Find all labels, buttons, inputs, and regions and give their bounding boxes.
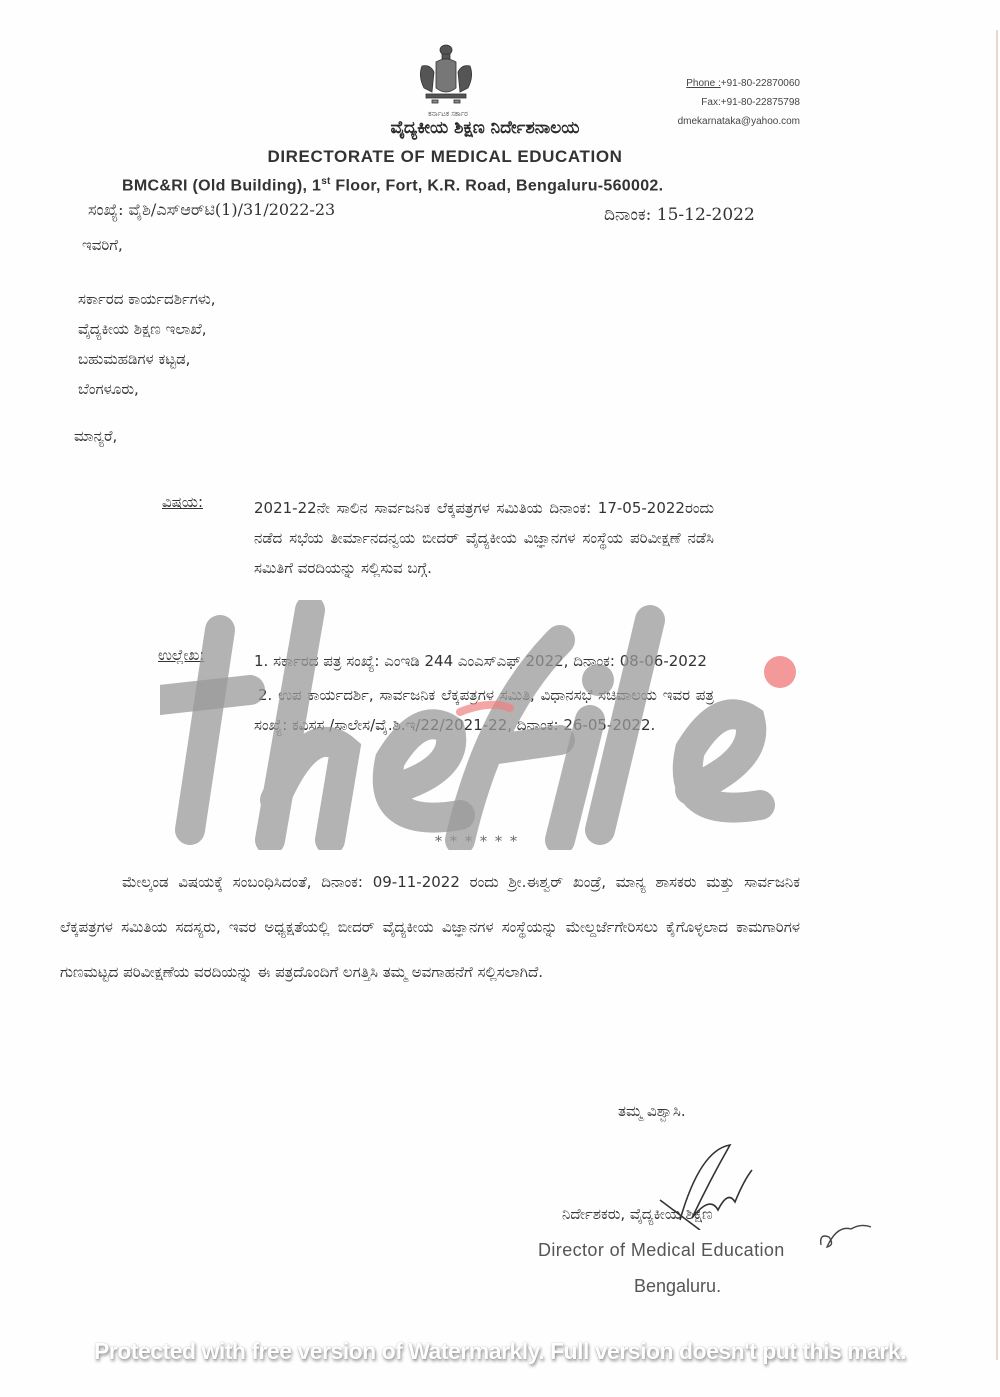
section-separator: ******: [0, 834, 900, 850]
recipient-line: ಬಹುಮಹಡಿಗಳ ಕಟ್ಟಡ,: [78, 344, 216, 374]
initials-icon: [815, 1215, 875, 1255]
subject-label: ವಿಷಯ:: [162, 493, 203, 511]
fax-line: Fax:+91-80-22875798: [640, 93, 800, 112]
subject-text: 2021-22ನೇ ಸಾಲಿನ ಸಾರ್ವಜನಿಕ ಲೆಕ್ಕಪತ್ರಗಳ ಸಮ…: [254, 493, 714, 583]
reference-label: ಉಲ್ಲೇಖ:: [158, 646, 204, 664]
recipient-address: ಸರ್ಕಾರದ ಕಾರ್ಯದರ್ಶಿಗಳು, ವೈದ್ಯಕೀಯ ಶಿಕ್ಷಣ ಇ…: [78, 284, 216, 404]
letter-page: ಕರ್ನಾಟಕ ಸರ್ಕಾರ ವೈದ್ಯಕೀಯ ಶಿಕ್ಷಣ ನಿರ್ದೇಶನಾ…: [0, 0, 1000, 1397]
reference-item: 1. ಸರ್ಕಾರದ ಪತ್ರ ಸಂಖ್ಯೆ: ಎಂಇಡಿ 244 ಎಂಎಸ್‌…: [254, 646, 714, 676]
office-address: BMC&RI (Old Building), 1st Floor, Fort, …: [122, 176, 663, 195]
recipient-line: ಸರ್ಕಾರದ ಕಾರ್ಯದರ್ಶಿಗಳು,: [78, 284, 216, 314]
karnataka-emblem-icon: [410, 42, 482, 114]
contact-block: Phone :+91-80-22870060 Fax:+91-80-228757…: [640, 74, 800, 131]
reference-item: 2. ಉಪ ಕಾರ್ಯದರ್ಶಿ, ಸಾರ್ವಜನಿಕ ಲೆಕ್ಕಪತ್ರಗಳ …: [254, 680, 714, 740]
body-paragraph: ಮೇಲ್ಕಂಡ ವಿಷಯಕ್ಕೆ ಸಂಬಂಧಿಸಿದಂತೆ, ದಿನಾಂಕ: 0…: [60, 860, 800, 995]
recipient-line: ವೈದ್ಯಕೀಯ ಶಿಕ್ಷಣ ಇಲಾಖೆ,: [78, 314, 216, 344]
recipient-line: ಬೆಂಗಳೂರು,: [78, 374, 216, 404]
phone-line: Phone :+91-80-22870060: [640, 74, 800, 93]
reference-number: ಸಂಖ್ಯೆ: ವೈಶಿ/ಎಸ್‌ಆರ್‌ಟಿ(1)/31/2022-23: [88, 200, 335, 220]
signatory-title-english: Director of Medical Education: [538, 1240, 785, 1261]
signatory-city: Bengaluru.: [634, 1276, 721, 1297]
letter-date: ದಿನಾಂಕ: 15-12-2022: [604, 205, 755, 225]
page-edge: [996, 30, 998, 1360]
email-link[interactable]: dmekarnataka@yahoo.com: [640, 112, 800, 131]
reference-list: 1. ಸರ್ಕಾರದ ಪತ್ರ ಸಂಖ್ಯೆ: ಎಂಇಡಿ 244 ಎಂಎಸ್‌…: [254, 646, 714, 740]
department-name-english: DIRECTORATE OF MEDICAL EDUCATION: [0, 147, 890, 167]
closing-line: ತಮ್ಮ ವಿಶ್ವಾಸಿ.: [618, 1102, 686, 1120]
signatory-title-kannada: ನಿರ್ದೇಶಕರು, ವೈದ್ಯಕೀಯ ಶಿಕ್ಷಣ: [562, 1205, 713, 1223]
salutation: ಮಾನ್ಯರೆ,: [74, 427, 117, 445]
watermarkly-notice: Protected with free version of Watermark…: [0, 1338, 1000, 1365]
recipient-to: ಇವರಿಗೆ,: [82, 236, 123, 254]
